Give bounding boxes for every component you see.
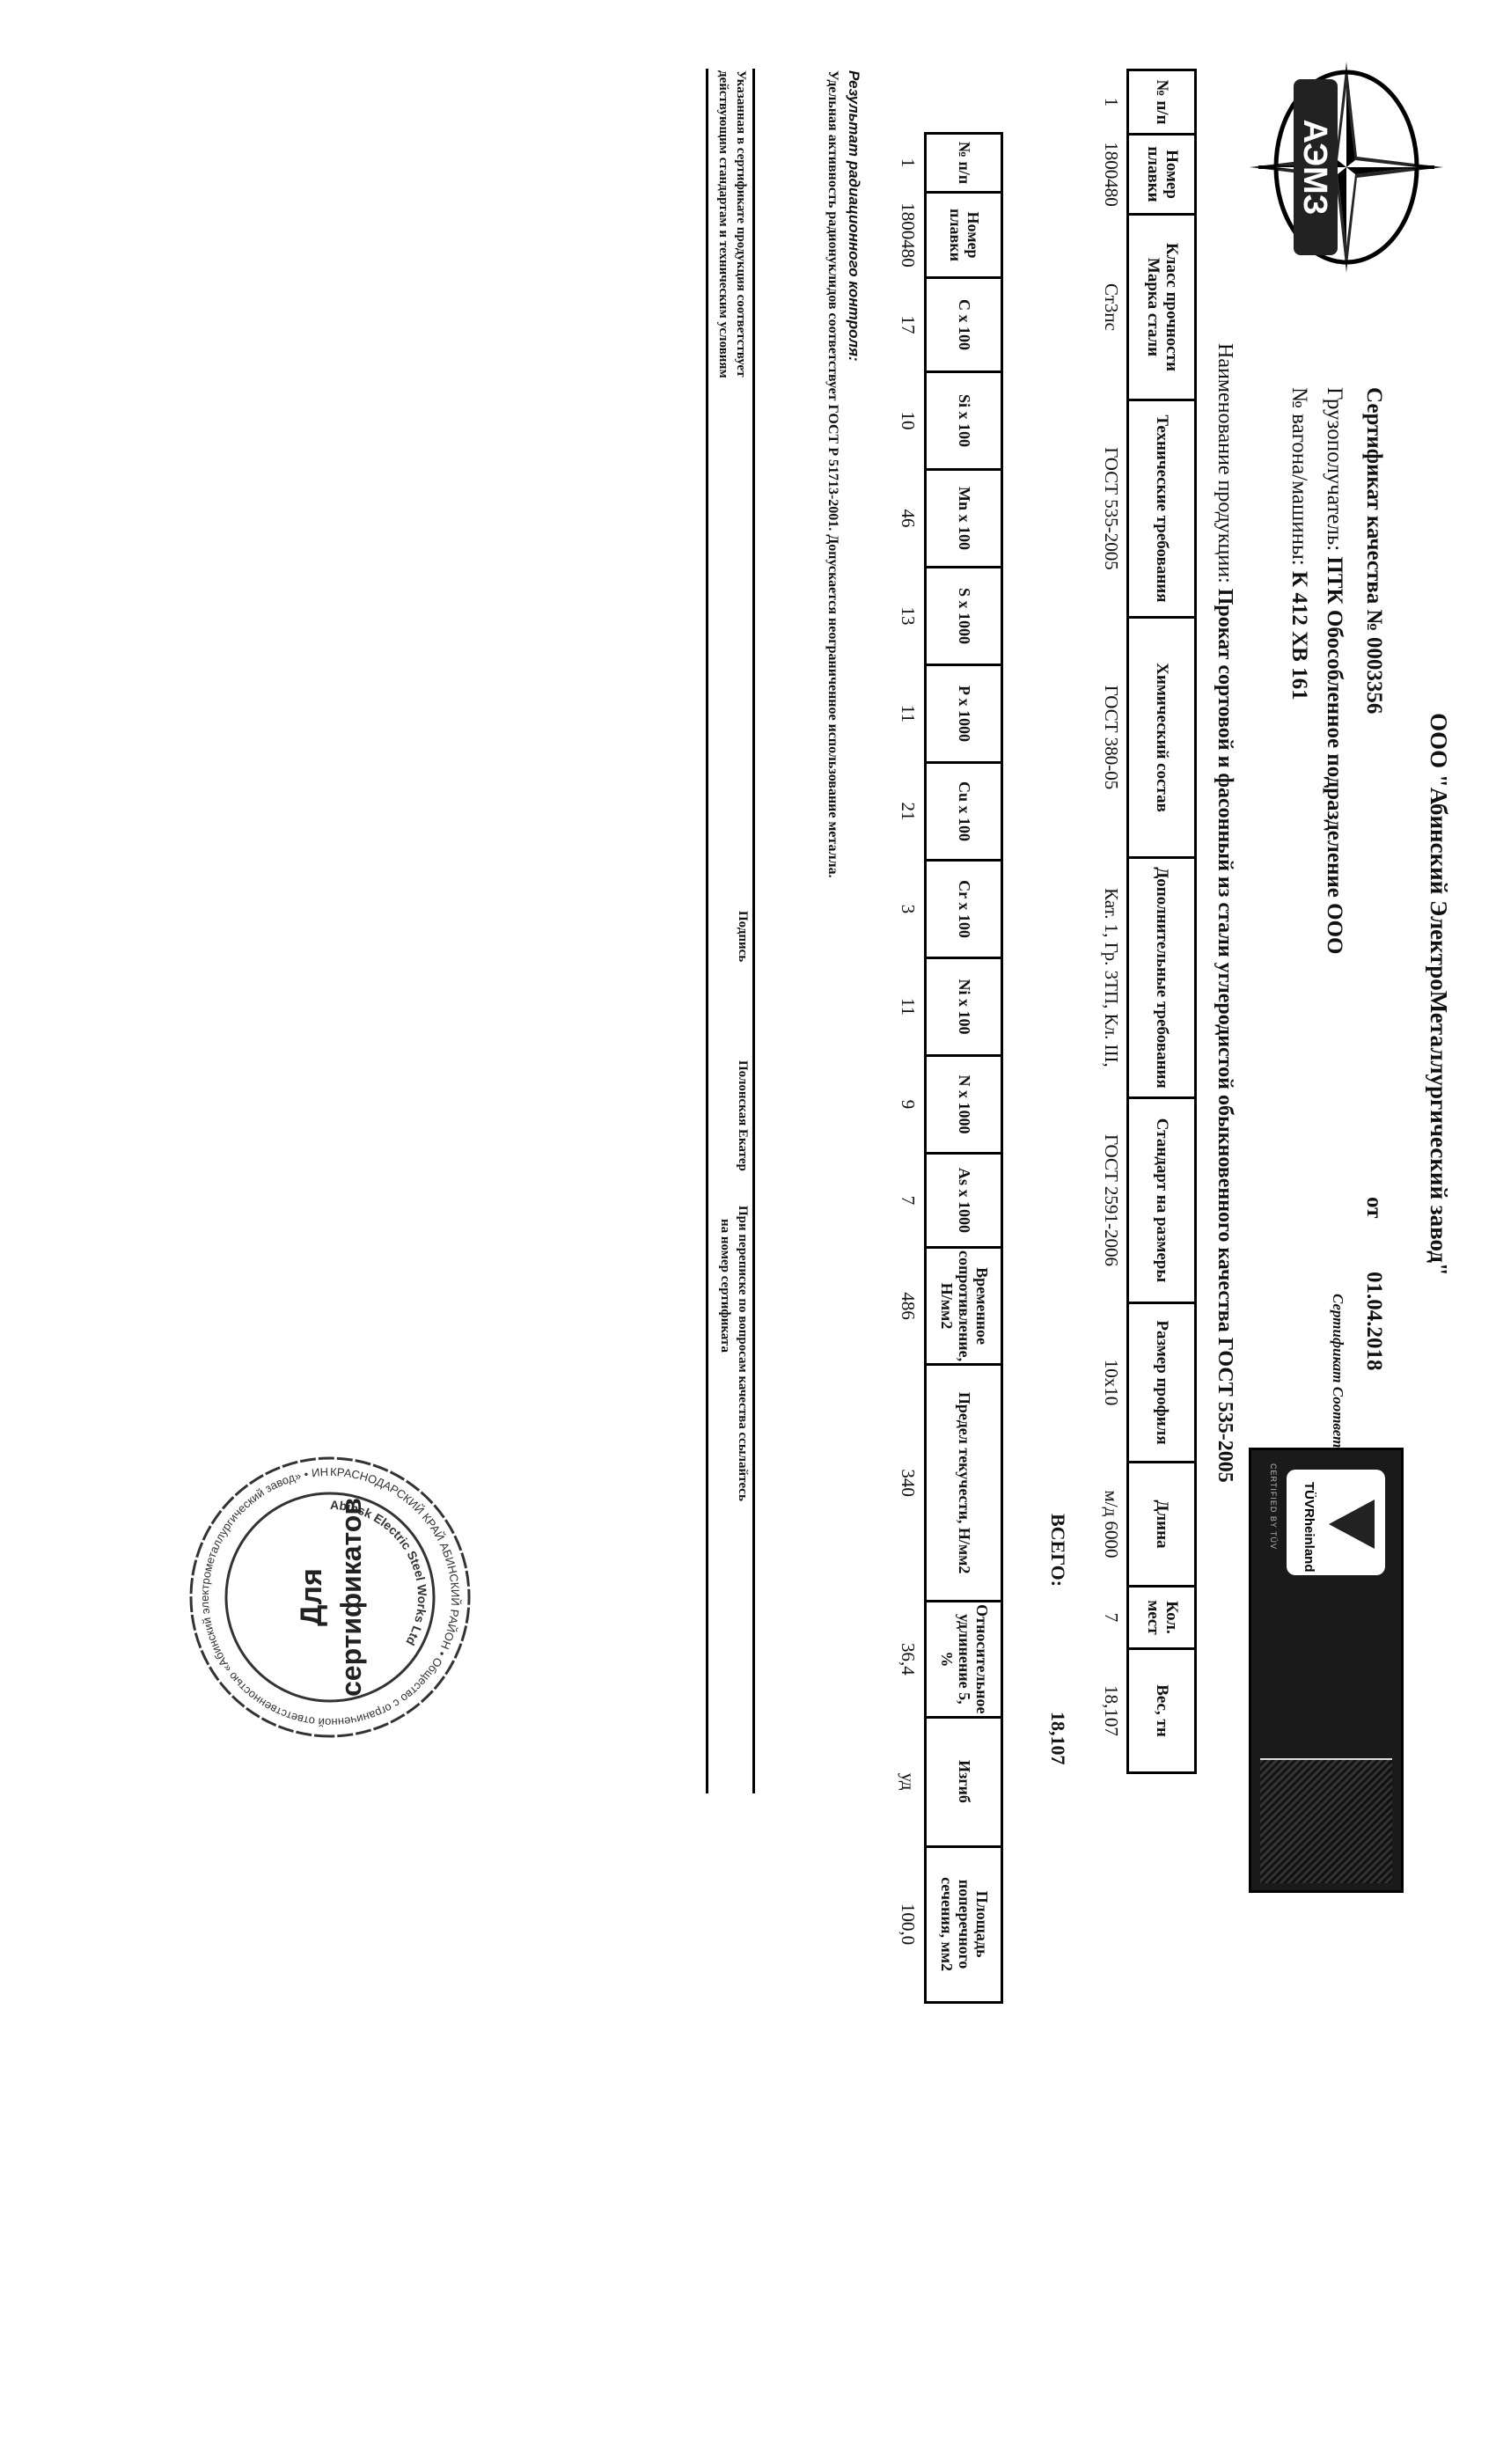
col-no: № п/п — [1128, 70, 1196, 135]
cell-chem: ГОСТ 380-05 — [1096, 618, 1128, 858]
consignee-line: Грузополучатель: ПТК Обособленное подраз… — [1322, 387, 1346, 954]
chem-col-header: Площадь поперечного сечения, мм2 — [926, 1846, 1002, 2002]
signer-name: Полонская Екатер — [735, 1060, 750, 1171]
chem-col-header: C x 100 — [926, 278, 1002, 372]
chem-col-header: Si x 100 — [926, 372, 1002, 470]
wagon-line: № вагона/машины: К 412 ХВ 161 — [1287, 387, 1311, 700]
product-table: № п/п Номер плавки Класс прочности Марка… — [1096, 69, 1197, 1774]
chem-cell: 11 — [892, 958, 926, 1056]
tuv-brand: TÜVRheinland — [1302, 1482, 1316, 1573]
chem-col-header: Относительное удлинение 5, % — [926, 1602, 1002, 1717]
chem-cell: 1 — [892, 134, 926, 193]
col-tech-req: Технические требования — [1128, 400, 1196, 618]
stamp-center-line1: Для — [295, 1568, 328, 1626]
chem-cell: 9 — [892, 1056, 926, 1154]
total-weight: 18,107 — [1046, 1712, 1069, 1765]
tuv-logo: TÜVRheinland — [1287, 1470, 1385, 1575]
correspondence-note-line1: При переписке по вопросам качества ссыла… — [735, 1206, 750, 1501]
conformity-statement-line2: действующим стандартам и техническим усл… — [715, 70, 730, 378]
chem-cell: 10 — [892, 372, 926, 470]
product-line: Наименование продукции: Прокат сортовой … — [1213, 343, 1236, 1483]
certificate-number: 0003356 — [1362, 637, 1386, 715]
chem-cell: 17 — [892, 278, 926, 372]
chem-col-header: Временное сопротивление, Н/мм2 — [926, 1248, 1002, 1365]
chem-col-header: Изгиб — [926, 1717, 1002, 1846]
col-chem: Химический состав — [1128, 618, 1196, 858]
chem-cell: 13 — [892, 568, 926, 665]
certificate-label: Сертификат качества № — [1362, 387, 1386, 632]
radiation-text: Удельная активность радионуклидов соотве… — [825, 70, 840, 878]
chem-cell: 486 — [892, 1248, 926, 1365]
chem-cell: 11 — [892, 665, 926, 763]
certificate-number-line: Сертификат качества № 0003356 — [1361, 387, 1386, 714]
product-value: Прокат сортовой и фасонный из стали угле… — [1214, 589, 1236, 1483]
chem-cell: 3 — [892, 861, 926, 958]
col-length: Длина — [1128, 1463, 1196, 1587]
consignee-value: ПТК Обособленное подразделение ООО — [1323, 556, 1346, 954]
chem-cell: 46 — [892, 470, 926, 568]
chemistry-table-header: № п/пНомер плавкиC x 100Si x 100Mn x 100… — [926, 134, 1002, 2003]
table-row: 1 1800480 Ст3пс ГОСТ 535-2005 ГОСТ 380-0… — [1096, 70, 1128, 1773]
correspondence-note-line2: на номер сертификата — [717, 1219, 732, 1353]
company-logo-icon: АЭМЗ — [1250, 62, 1443, 273]
radiation-title: Результат радиационного контроля: — [845, 70, 862, 362]
chem-cell: 1800480 — [892, 193, 926, 278]
from-label: от — [1361, 1197, 1386, 1218]
certificate-date: 01.04.2018 — [1361, 1272, 1386, 1371]
chem-col-header: S x 1000 — [926, 568, 1002, 665]
chem-col-header: Номер плавки — [926, 193, 1002, 278]
col-size-std: Стандарт на размеры — [1128, 1098, 1196, 1303]
chem-col-header: Предел текучести, Н/мм2 — [926, 1365, 1002, 1602]
col-extra: Дополнительные требования — [1128, 858, 1196, 1098]
col-profile: Размер профиля — [1128, 1303, 1196, 1463]
chem-col-header: P x 1000 — [926, 665, 1002, 763]
col-heat: Номер плавки — [1128, 135, 1196, 215]
chem-col-header: Mn x 100 — [926, 470, 1002, 568]
chem-col-header: N x 1000 — [926, 1056, 1002, 1154]
footer-divider-bottom — [706, 69, 708, 1793]
chem-col-header: As x 1000 — [926, 1154, 1002, 1248]
cell-length: м/д 6000 — [1096, 1463, 1128, 1587]
cell-size-std: ГОСТ 2591-2006 — [1096, 1098, 1128, 1303]
conformity-statement-line1: Указанная в сертификате продукция соотве… — [733, 70, 748, 377]
tuv-certificate-badge: TÜVRheinland CERTIFIED BY TÜV — [1249, 1448, 1404, 1893]
table-row: 118004801710461311213119748634036,4уд100… — [892, 134, 926, 2003]
chem-col-header: Ni x 100 — [926, 958, 1002, 1056]
svg-text:АЭМЗ: АЭМЗ — [1296, 120, 1333, 216]
total-label: ВСЕГО: — [1046, 1514, 1069, 1587]
cell-profile: 10x10 — [1096, 1303, 1128, 1463]
chem-col-header: № п/п — [926, 134, 1002, 193]
chem-cell: 36,4 — [892, 1602, 926, 1717]
col-grade: Класс прочности Марка стали — [1128, 215, 1196, 400]
cell-grade: Ст3пс — [1096, 215, 1128, 400]
chem-cell: уд — [892, 1717, 926, 1846]
tuv-caption: CERTIFIED BY TÜV — [1269, 1463, 1278, 1550]
col-places: Кол. мест — [1128, 1587, 1196, 1649]
signature-label: Подпись — [735, 911, 750, 962]
col-weight: Вес, тн — [1128, 1649, 1196, 1773]
consignee-label: Грузополучатель: — [1323, 387, 1346, 551]
wagon-label: № вагона/машины: — [1287, 387, 1311, 566]
footer-divider-top — [752, 69, 755, 1793]
cell-extra: Кат. 1, Гр. 3ТП, Кл. III, — [1096, 858, 1128, 1098]
certificate-page: АЭМЗ ООО "Абинский ЭлектроМеталлургическ… — [0, 0, 1496, 2464]
cell-heat: 1800480 — [1096, 135, 1128, 215]
cell-places: 7 — [1096, 1587, 1128, 1649]
cell-no: 1 — [1096, 70, 1128, 135]
cell-weight: 18,107 — [1096, 1649, 1128, 1773]
product-label: Наименование продукции: — [1214, 343, 1236, 583]
chem-cell: 21 — [892, 763, 926, 861]
stamp-center-line2: сертификатов — [335, 1498, 367, 1697]
company-name: ООО "Абинский ЭлектроМеталлургический за… — [1425, 598, 1452, 1390]
cell-tech-req: ГОСТ 535-2005 — [1096, 400, 1128, 618]
chem-cell: 100,0 — [892, 1846, 926, 2002]
product-table-header: № п/п Номер плавки Класс прочности Марка… — [1128, 70, 1196, 1773]
chem-cell: 340 — [892, 1365, 926, 1602]
chem-col-header: Cu x 100 — [926, 763, 1002, 861]
wagon-value: К 412 ХВ 161 — [1287, 571, 1311, 700]
company-stamp-icon: КРАСНОДАРСКИЙ КРАЙ АБИНСКИЙ РАЙОН • Обще… — [185, 1452, 475, 1742]
chemistry-table: № п/пНомер плавкиC x 100Si x 100Mn x 100… — [892, 132, 1003, 2004]
chem-cell: 7 — [892, 1154, 926, 1248]
qr-code-icon — [1260, 1758, 1392, 1883]
chem-col-header: Cr x 100 — [926, 861, 1002, 958]
tuv-triangle-icon — [1329, 1500, 1375, 1549]
